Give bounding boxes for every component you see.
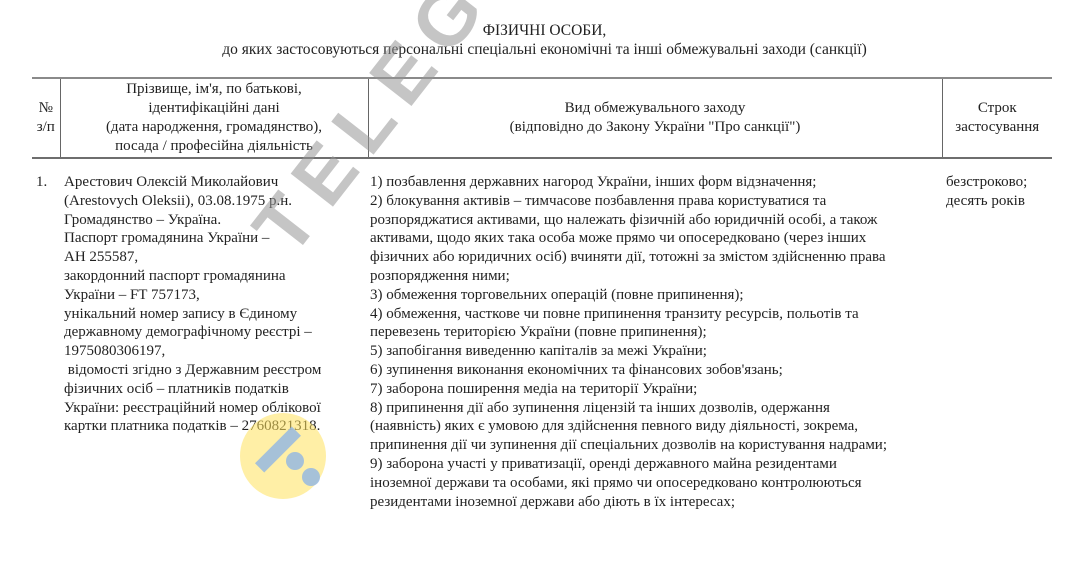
sanctions-table: № з/п Прізвище, ім'я, по батькові, ідент… (32, 77, 1052, 512)
header-measure-line: Вид обмежувального заходу (371, 99, 940, 118)
person-foreign-passport-number: України – FT 757173, (64, 286, 362, 305)
measure-item: розпоряджатися активами, що належать фіз… (370, 211, 938, 230)
header-number-line: з/п (34, 118, 58, 137)
title-main: ФІЗИЧНІ ОСОБИ, (0, 21, 1089, 40)
measure-item: 7) заборона поширення медіа на території… (370, 380, 938, 399)
header-person-line: (дата народження, громадянство), (63, 118, 366, 137)
person-details: Арестович Олексій Миколайович (Arestovyc… (60, 158, 368, 512)
header-term-line: Строк (945, 99, 1051, 118)
person-name: Арестович Олексій Миколайович (64, 173, 362, 192)
measure-item: 5) запобігання виведенню капіталів за ме… (370, 342, 938, 361)
title-subtitle: до яких застосовуються персональні спеці… (0, 40, 1089, 59)
header-number-line: № (34, 99, 58, 118)
measure-item: 1) позбавлення державних нагород України… (370, 173, 938, 192)
term-line: безстроково; (946, 173, 1051, 192)
term-line: десять років (946, 192, 1051, 211)
person-passport-number: АН 255587, (64, 248, 362, 267)
measure-item: 3) обмеження торговельних операцій (повн… (370, 286, 938, 305)
measure-item: припинення дії чи зупинення дії спеціаль… (370, 436, 938, 455)
header-person-line: посада / професійна діяльність (63, 137, 366, 156)
person-latin-name-dob: (Arestovych Oleksii), 03.08.1975 р.н. (64, 192, 362, 211)
measure-item: 2) блокування активів – тимчасове позбав… (370, 192, 938, 211)
measures-list: 1) позбавлення державних нагород України… (368, 158, 942, 512)
person-tax-number: картки платника податків – 2760821318. (64, 417, 362, 436)
measure-item: активами, щодо яких така особа може прям… (370, 229, 938, 248)
person-registry-label: унікальний номер запису в Єдиному (64, 305, 362, 324)
person-registry-number: 1975080306197, (64, 342, 362, 361)
measure-item: розпорядження ними; (370, 267, 938, 286)
measure-item: фізичних або юридичних осіб) вчиняти дії… (370, 248, 938, 267)
header-person: Прізвище, ім'я, по батькові, ідентифікац… (60, 78, 368, 158)
header-measure: Вид обмежувального заходу (відповідно до… (368, 78, 942, 158)
measure-item: 9) заборона участі у приватизації, оренд… (370, 455, 938, 474)
header-term: Строк застосування (942, 78, 1052, 158)
person-foreign-passport-label: закордонний паспорт громадянина (64, 267, 362, 286)
measure-item: резидентами іноземної держави або діють … (370, 493, 938, 512)
measure-item: 6) зупинення виконання економічних та фі… (370, 361, 938, 380)
measure-item: 8) припинення дії або зупинення ліцензій… (370, 399, 938, 418)
person-citizenship: Громадянство – Україна. (64, 211, 362, 230)
person-tax-label: відомості згідно з Державним реєстром (64, 361, 362, 380)
header-person-line: Прізвище, ім'я, по батькові, (63, 80, 366, 99)
term-of-application: безстроково; десять років (942, 158, 1052, 512)
header-term-line: застосування (945, 118, 1051, 137)
header-number: № з/п (32, 78, 60, 158)
table-row: 1. Арестович Олексій Миколайович (Aresto… (32, 158, 1052, 512)
table-header-row: № з/п Прізвище, ім'я, по батькові, ідент… (32, 78, 1052, 158)
header-measure-line: (відповідно до Закону України "Про санкц… (371, 118, 940, 137)
measure-item: (наявність) яких є умовою для здійснення… (370, 417, 938, 436)
row-number: 1. (32, 158, 60, 512)
document-title: ФІЗИЧНІ ОСОБИ, до яких застосовуються пе… (0, 21, 1089, 59)
header-person-line: ідентифікаційні дані (63, 99, 366, 118)
person-tax-label-cont: фізичних осіб – платників податків (64, 380, 362, 399)
measure-item: 4) обмеження, часткове чи повне припинен… (370, 305, 938, 324)
person-passport-label: Паспорт громадянина України – (64, 229, 362, 248)
measure-item: іноземної держави та особами, які прямо … (370, 474, 938, 493)
measure-item: перевезень територією України (повне при… (370, 323, 938, 342)
person-tax-label-cont: України: реєстраційний номер облікової (64, 399, 362, 418)
person-registry-label-cont: державному демографічному реєстрі – (64, 323, 362, 342)
